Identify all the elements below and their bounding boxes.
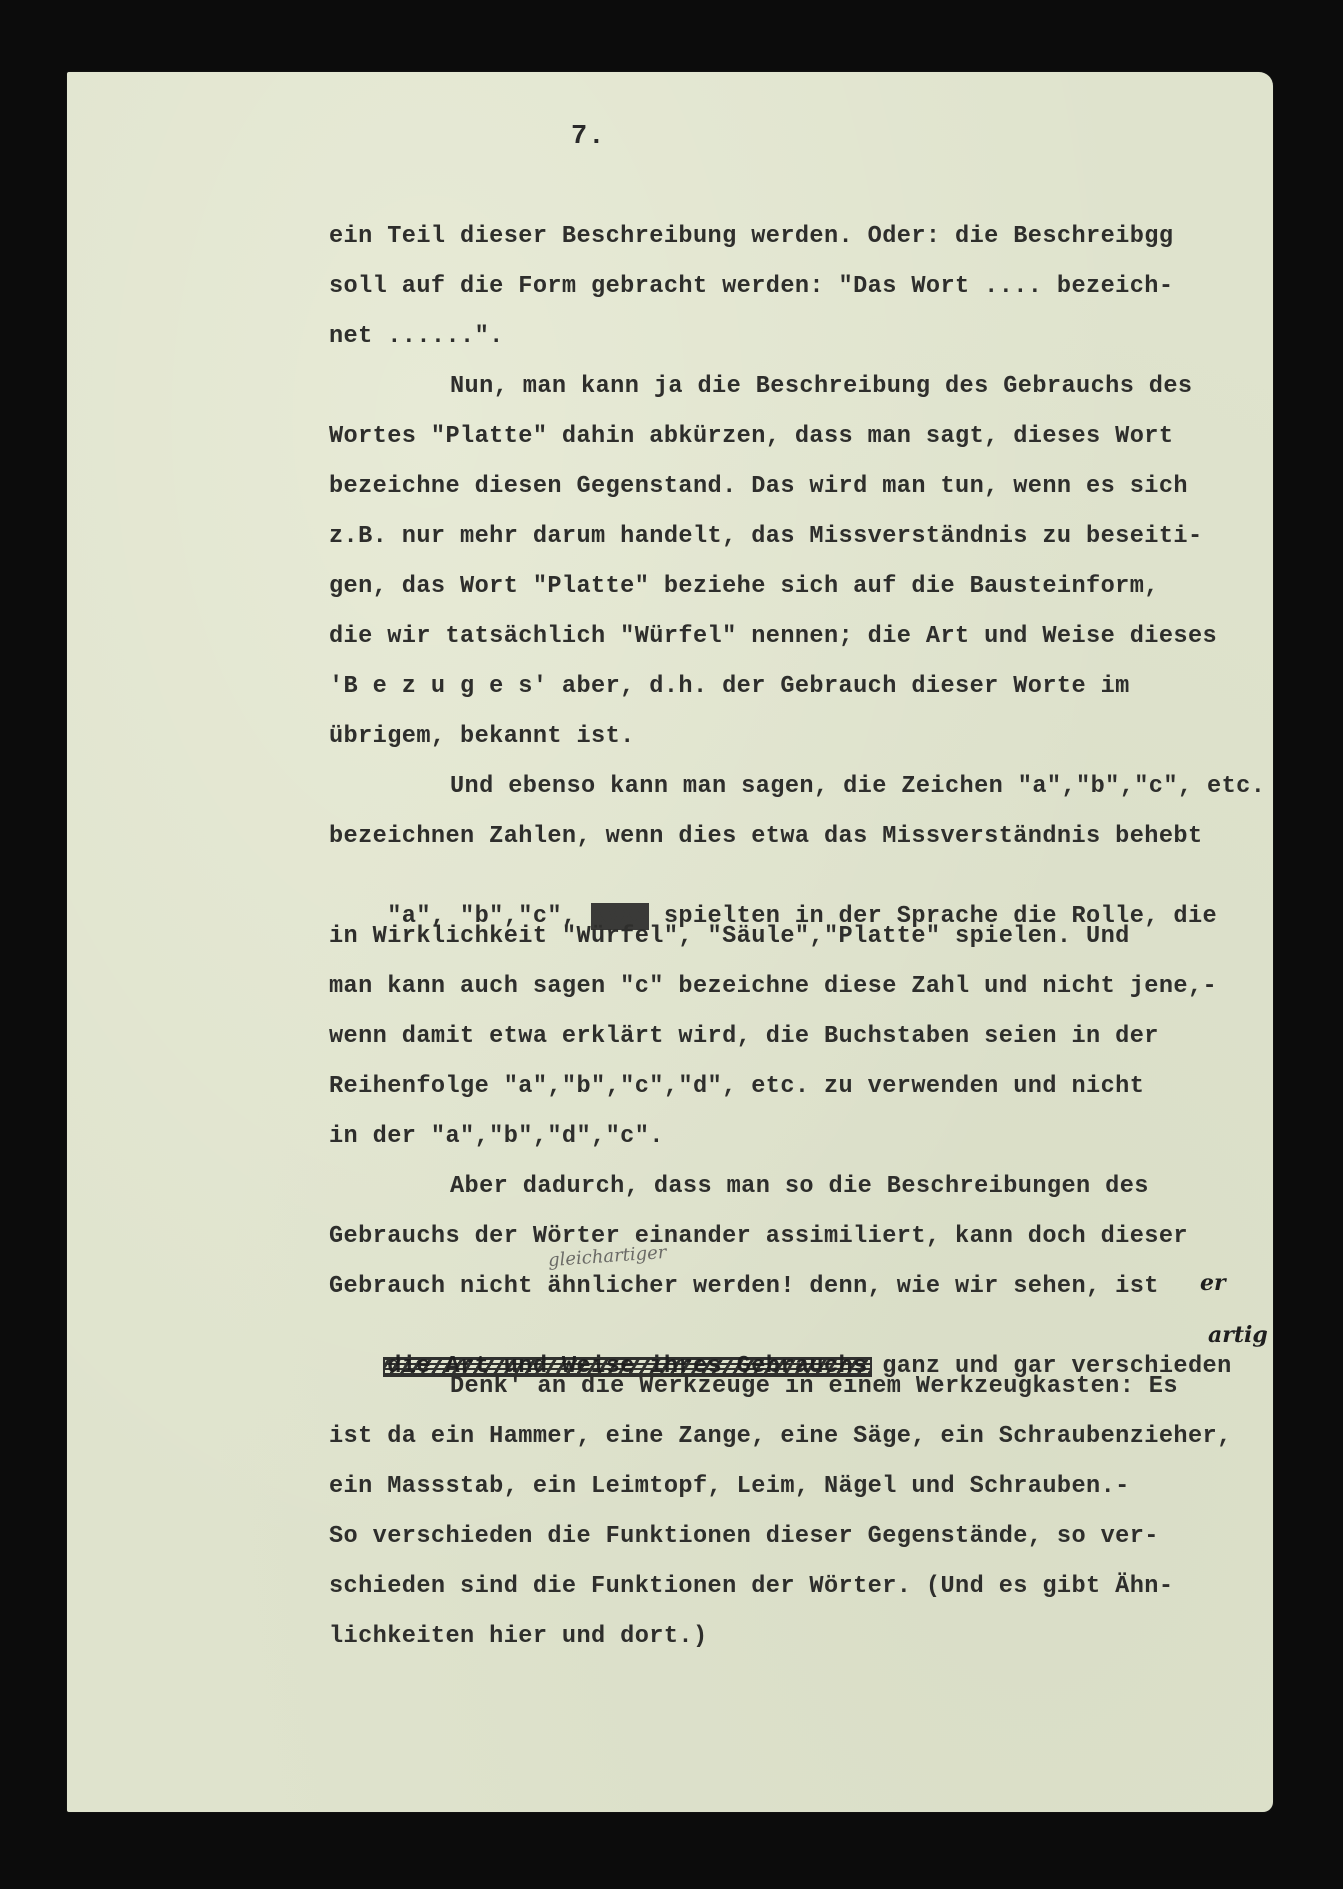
text-line: die wir tatsächlich "Würfel" nennen; die…: [329, 622, 1217, 652]
text-line: ein Teil dieser Beschreibung werden. Ode…: [329, 222, 1173, 252]
text-line: Aber dadurch, dass man so die Beschreibu…: [450, 1172, 1149, 1202]
text-line: Nun, man kann ja die Beschreibung des Ge…: [450, 372, 1193, 402]
text-line: Reihenfolge "a","b","c","d", etc. zu ver…: [329, 1072, 1144, 1102]
handwritten-insert-artig: artig: [1208, 1322, 1268, 1348]
text-line: Wortes "Platte" dahin abkürzen, dass man…: [329, 422, 1173, 452]
text-line: Gebrauch nicht ähnlicher werden! denn, w…: [329, 1272, 1159, 1302]
text-line: schieden sind die Funktionen der Wörter.…: [329, 1572, 1173, 1602]
text-line: ein Massstab, ein Leimtopf, Leim, Nägel …: [329, 1472, 1130, 1502]
text-line: Gebrauchs der Wörter einander assimilier…: [329, 1222, 1188, 1252]
handwritten-insert-er: er: [1200, 1270, 1226, 1296]
text-line: Denk' an die Werkzeuge in einem Werkzeug…: [450, 1372, 1178, 1402]
text-line: lichkeiten hier und dort.): [329, 1622, 708, 1652]
text-line: z.B. nur mehr darum handelt, das Missver…: [329, 522, 1203, 552]
text-line: in Wirklichkeit "Würfel", "Säule","Platt…: [329, 922, 1130, 952]
text-line: übrigem, bekannt ist.: [329, 722, 635, 752]
text-line: So verschieden die Funktionen dieser Geg…: [329, 1522, 1159, 1552]
text-line: wenn damit etwa erklärt wird, die Buchst…: [329, 1022, 1159, 1052]
text-line: bezeichne diesen Gegenstand. Das wird ma…: [329, 472, 1188, 502]
text-line: soll auf die Form gebracht werden: "Das …: [329, 272, 1173, 302]
text-line: Und ebenso kann man sagen, die Zeichen "…: [450, 772, 1265, 802]
scanned-document: 7. ein Teil dieser Beschreibung werden. …: [0, 0, 1343, 1889]
page-number: 7.: [571, 122, 605, 152]
text-line: net ......".: [329, 322, 504, 352]
text-line: in der "a","b","d","c".: [329, 1122, 664, 1152]
text-line: bezeichnen Zahlen, wenn dies etwa das Mi…: [329, 822, 1203, 852]
text-line: man kann auch sagen "c" bezeichne diese …: [329, 972, 1217, 1002]
text-line: ist da ein Hammer, eine Zange, eine Säge…: [329, 1422, 1232, 1452]
text-line: 'B e z u g e s' aber, d.h. der Gebrauch …: [329, 672, 1130, 702]
text-line: gen, das Wort "Platte" beziehe sich auf …: [329, 572, 1159, 602]
